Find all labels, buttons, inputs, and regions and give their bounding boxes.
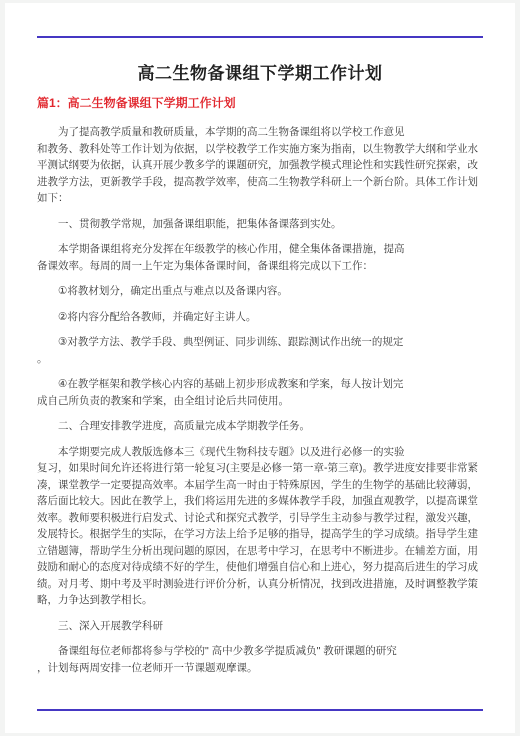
screenshot-root: { "document": { "title": "高二生物备课组下学期工作计划… xyxy=(0,0,520,736)
post-section-heading: 篇1：高二生物备课组下学期工作计划 xyxy=(37,95,483,112)
document-page: 高二生物备课组下学期工作计划 篇1：高二生物备课组下学期工作计划 为了提高教学质… xyxy=(5,3,515,733)
paragraph-teaching-plan: 本学期要完成人教版选修本三《现代生物科技专题》以及进行必修一的实验 复习，如果时… xyxy=(37,444,489,609)
heading-part-3: 三、深入开展教学科研 xyxy=(37,618,489,635)
list-item-1: ①将教材划分，确定出重点与难点以及备课内容。 xyxy=(37,283,489,300)
document-body: 为了提高教学质量和教研质量，本学期的高二生物备课组将以学校工作意见 和教务、教科… xyxy=(37,124,489,676)
heading-part-2: 二、合理安排教学进度，高质量完成本学期教学任务。 xyxy=(37,418,489,435)
heading-part-1: 一、贯彻教学常规，加强备课组职能，把集体备课落到实处。 xyxy=(37,216,489,233)
list-item-3: ③对教学方法、教学手段、典型例证、同步训练、跟踪测试作出统一的规定 。 xyxy=(37,334,489,367)
list-item-4: ④在教学框架和教学核心内容的基础上初步形成教案和学案，每人按计划完 成自己所负责… xyxy=(37,376,489,409)
paragraph-research: 备课组每位老师都将参与学校的" 高中少教多学提质减负" 教研课题的研究 ，计划每… xyxy=(37,643,489,676)
intro-paragraph: 为了提高教学质量和教研质量，本学期的高二生物备课组将以学校工作意见 和教务、教科… xyxy=(37,124,489,207)
top-divider xyxy=(37,36,483,38)
paragraph-collective-prep: 本学期备课组将充分发挥在年级教学的核心作用，健全集体备课措施，提高 备课效率。每… xyxy=(37,241,489,274)
document-title: 高二生物备课组下学期工作计划 xyxy=(5,62,515,86)
list-item-2: ②将内容分配给各教师，并确定好主讲人。 xyxy=(37,309,489,326)
bottom-divider xyxy=(37,709,483,711)
